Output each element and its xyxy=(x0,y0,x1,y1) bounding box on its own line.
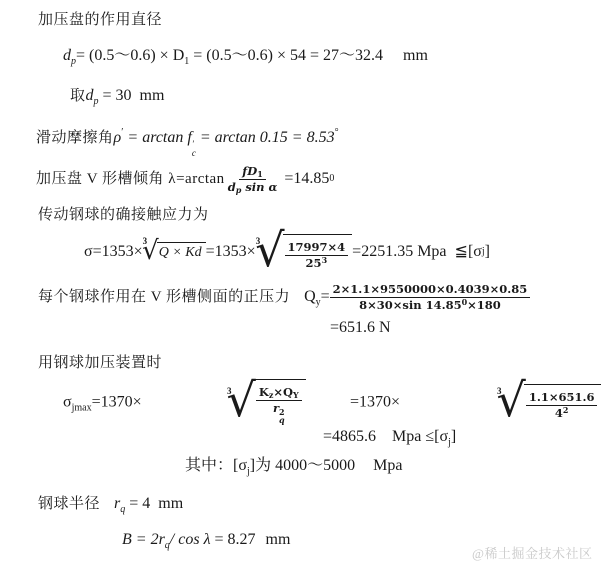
sigma-jmax-eq2: =1370× xyxy=(350,392,400,411)
sub-Y: Y xyxy=(293,390,299,400)
fraction-numerator: 1.1×651.6 xyxy=(526,390,598,406)
fraction-denominator: dp sin α xyxy=(225,180,281,195)
formula-friction-angle: 滑动摩擦角ρ′ = arctan f′c = arctan 0.15 = 8.5… xyxy=(36,128,339,159)
sup-2: 2 xyxy=(563,405,569,415)
heading-contact-stress: 传动钢球的确接触应力为 xyxy=(38,206,209,224)
den-part-b: ×180 xyxy=(467,298,501,312)
sup-3: 3 xyxy=(322,255,328,265)
fraction-numerator: fD1 xyxy=(239,164,266,180)
formula-vgroove-result: =14.85 xyxy=(280,169,329,188)
radicand-QKd: Q × Kd xyxy=(157,242,206,262)
fraction-denominator: 8×30×sin 14.850×180 xyxy=(356,298,504,313)
formula-eq1: =1370× xyxy=(92,393,142,410)
var-Q: Q xyxy=(304,288,316,305)
formula-ball-radius: 钢球半径rq = 4mm xyxy=(38,494,183,513)
document-page: 加压盘的作用直径 dp= (0.5～0.6) × D1 = (0.5～0.6) … xyxy=(0,0,602,574)
fraction-numerator: 2×1.1×9550000×0.4039×0.85 xyxy=(330,282,531,298)
formula-sigma: σ=1353×3√Q × Kd=1353×3√17997×4253=2251.3… xyxy=(84,231,490,273)
radicand-fraction: 1.1×651.642 xyxy=(524,384,602,421)
formula-groove-width: B = 2rq/ cos λ = 8.27mm xyxy=(122,530,290,549)
note-allowable-stress: 其中：[σj]为 4000～5000Mpa xyxy=(185,456,402,475)
fraction-numerator: 17997×4 xyxy=(285,240,349,256)
label-take: 取 xyxy=(70,88,86,104)
result-comparison: Mpa ≤[σ xyxy=(392,428,448,445)
radical-icon: √ xyxy=(227,377,256,423)
sub-jmax: jmax xyxy=(72,402,92,413)
result-value: =4865.6 xyxy=(323,428,376,445)
formula-qy-result: =651.6 N xyxy=(330,318,391,337)
var-rq: rq xyxy=(114,495,125,512)
formula-vgroove-angle: 加压盘 V 形槽倾角 λ=arctanfD1dp sin α =14.850 xyxy=(36,161,334,197)
formula-sigma-jmax: σjmax=1370×3√Kz×QYr2q=1370×3√1.1×651.642 xyxy=(63,381,602,423)
sub-1: 1 xyxy=(257,169,263,179)
formula-eq2: =1370× xyxy=(350,393,400,410)
radius-value: = 4 xyxy=(125,495,150,512)
fraction-qy: 2×1.1×9550000×0.4039×0.858×30×sin 14.850… xyxy=(330,282,531,313)
fraction-vgroove: fD1dp sin α xyxy=(225,164,281,195)
heading-ball-press-device: 用钢球加压装置时 xyxy=(38,354,162,372)
var-Qy: Qy= xyxy=(304,287,330,306)
sub-q: q xyxy=(279,416,285,424)
den-part-a: 8×30×sin 14.85 xyxy=(359,298,462,312)
var-sigma: σ xyxy=(63,393,72,410)
formula-friction-eq2: = arctan 0.15 = 8.53 xyxy=(196,129,335,146)
watermark: @稀土掘金技术社区 xyxy=(472,543,592,562)
unit-mm: mm xyxy=(403,47,428,64)
formula-sigma-result: =2251.35 Mpa xyxy=(352,242,446,261)
bracket-close: ] xyxy=(485,242,490,261)
fraction-denominator: 253 xyxy=(303,256,331,271)
formula-friction-eq1: = arctan xyxy=(123,129,187,146)
cube-root-17997: 3√17997×4253 xyxy=(256,229,352,275)
formula-dp-take: 取dp = 30mm xyxy=(70,86,164,105)
var-d: d xyxy=(86,87,94,104)
radical-icon: √ xyxy=(255,227,284,273)
fraction-KzQy: Kz×QYr2q xyxy=(256,385,302,425)
label-ball-radius: 钢球半径 xyxy=(38,496,100,512)
fraction-651: 1.1×651.642 xyxy=(526,390,598,421)
den-sin-alpha: sin α xyxy=(241,180,277,194)
equals-sign: = xyxy=(321,288,330,305)
unit-mm: mm xyxy=(140,87,165,104)
var-dp: dp xyxy=(63,47,76,64)
cube-root-QKd: 3√Q × Kd xyxy=(143,239,206,265)
var-B-lead: B = 2r xyxy=(122,531,165,548)
var-d: d xyxy=(63,47,71,64)
formula-dp-take-value: = 30 xyxy=(99,87,132,104)
width-value: = 8.27 xyxy=(211,531,256,548)
formula-qy: 每个钢球作用在 V 形槽侧面的正压力Qy=2×1.1×9550000×0.403… xyxy=(38,279,530,315)
bracket-close: ] xyxy=(451,428,456,445)
var-r-supsub: 2q xyxy=(279,408,285,425)
radicand-fraction: Kz×QYr2q xyxy=(254,379,306,425)
formula-dp-rest: = (0.5～0.6) × 54 = 27～32.4 xyxy=(189,47,383,64)
var-d: d xyxy=(228,180,236,194)
times-Q: ×Q xyxy=(273,385,293,399)
formula-sigma-jmax-result: =4865.6Mpa ≤[σj] xyxy=(323,427,456,446)
label-friction-angle: 滑动摩擦角 xyxy=(36,130,114,146)
den-4: 4 xyxy=(555,406,563,420)
formula-dp: dp= (0.5～0.6) × D1 = (0.5～0.6) × 54 = 27… xyxy=(63,46,428,65)
fraction-denominator: r2q xyxy=(270,401,288,425)
fraction-denominator: 42 xyxy=(552,406,572,421)
comparison-sigma-j: ≦[σ xyxy=(455,242,482,261)
radicand-fraction: 17997×4253 xyxy=(283,234,353,271)
formula-dp-mid: = (0.5～0.6) × D xyxy=(76,47,184,64)
sigma-jmax-lead: σjmax=1370× xyxy=(63,392,142,411)
sup-degree: ° xyxy=(335,127,339,138)
radical-icon: √ xyxy=(497,377,526,423)
label-normal-force: 每个钢球作用在 V 形槽侧面的正压力 xyxy=(38,288,290,306)
heading-pressure-plate-diameter: 加压盘的作用直径 xyxy=(38,11,162,29)
unit-mm: mm xyxy=(158,495,183,512)
label-vgroove-angle: 加压盘 V 形槽倾角 λ=arctan xyxy=(36,170,225,188)
var-dp: dp xyxy=(86,87,99,104)
cube-root-KzQy: 3√Kz×QYr2q xyxy=(227,379,306,425)
note-pre: 其中：[σ xyxy=(185,457,247,474)
unit-mpa: Mpa xyxy=(373,457,402,474)
sub-c: c xyxy=(192,149,196,158)
unit-mm: mm xyxy=(266,531,291,548)
cos-lambda: / cos λ xyxy=(170,531,211,548)
formula-sigma-mid: =1353× xyxy=(206,242,256,261)
var-K: K xyxy=(259,385,269,399)
formula-sigma-lead: σ=1353× xyxy=(84,242,143,261)
den-25: 25 xyxy=(306,256,322,270)
fraction-17997: 17997×4253 xyxy=(285,240,349,271)
var-fD: fD xyxy=(242,164,257,178)
fraction-numerator: Kz×QY xyxy=(256,385,302,401)
note-range: ]为 4000～5000 xyxy=(250,457,355,474)
cube-root-651: 3√1.1×651.642 xyxy=(497,379,601,425)
